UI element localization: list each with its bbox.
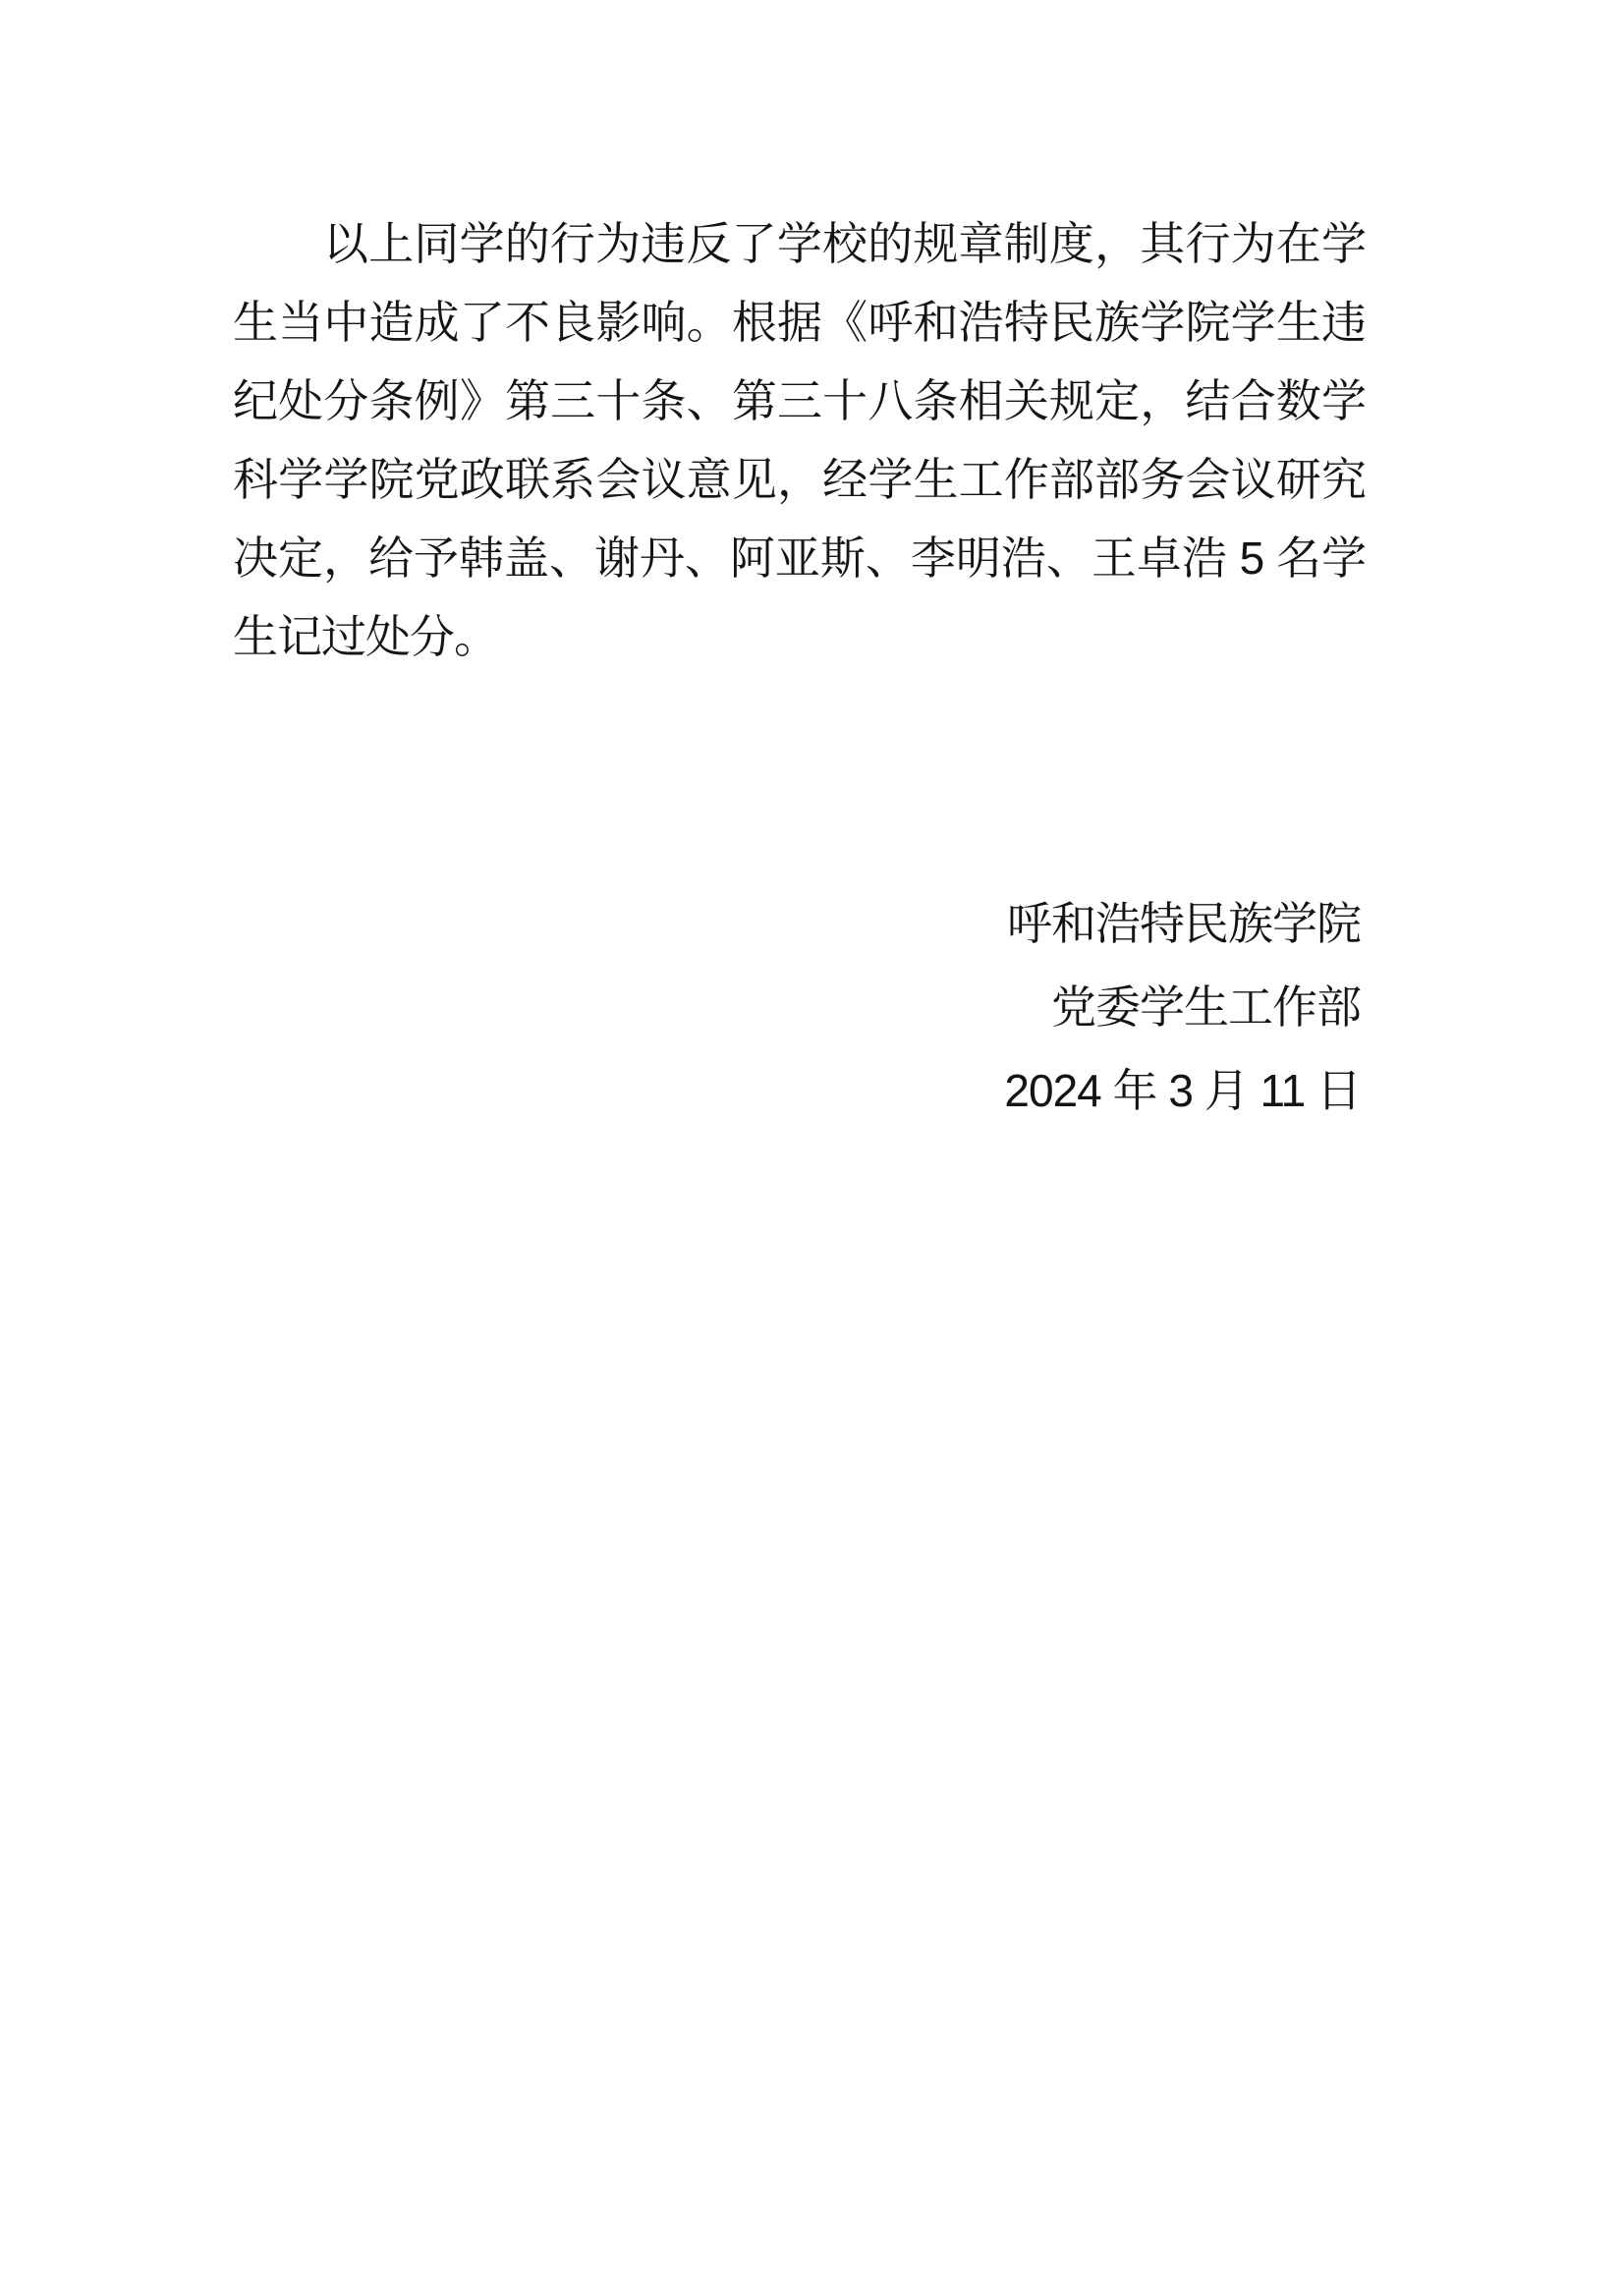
body-paragraph: 以上同学的行为违反了学校的规章制度，其行为在学生当中造成了不良影响。根据《呼和浩… (233, 204, 1366, 676)
signature-date: 2024 年 3 月 11 日 (233, 1049, 1361, 1133)
document-page: 以上同学的行为违反了学校的规章制度，其行为在学生当中造成了不良影响。根据《呼和浩… (0, 0, 1623, 2296)
document-body: 以上同学的行为违反了学校的规章制度，其行为在学生当中造成了不良影响。根据《呼和浩… (233, 204, 1366, 1133)
signature-org-name: 呼和浩特民族学院 (233, 882, 1361, 966)
signature-department: 党委学生工作部 (233, 966, 1361, 1049)
signature-block: 呼和浩特民族学院 党委学生工作部 2024 年 3 月 11 日 (233, 882, 1366, 1133)
